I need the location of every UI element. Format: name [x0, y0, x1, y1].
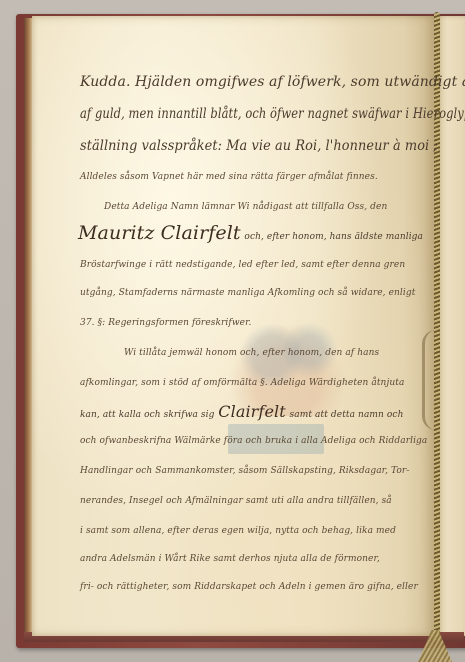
name-line: kan, att kalla och skrifwa sig Clairfelt… — [80, 402, 403, 421]
text-line: Kudda. Hjälden omgifwes af löfwerk, som … — [80, 74, 465, 90]
text-fragment: kan, att kalla och skrifwa sig — [80, 410, 215, 420]
text-line: Alldeles såsom Vapnet här med sina rätta… — [80, 172, 378, 182]
text-line: af guld, men innantill blått, och öfwer … — [80, 106, 465, 122]
name-line: Mauritz Clairfelt och, efter honom, hans… — [78, 222, 423, 244]
text-line: Detta Adeliga Namn lämnar Wi nådigast at… — [104, 202, 387, 212]
text-line: Handlingar och Sammankomster, såsom Säll… — [80, 466, 409, 476]
text-line: i samt som allena, efter deras egen wilj… — [80, 526, 396, 536]
subject-surname: Clairfelt — [218, 402, 286, 421]
cord-loop — [422, 330, 445, 430]
motto-line: ställning valsspråket: Ma vie au Roi, l'… — [80, 138, 438, 154]
subject-name: Mauritz Clairfelt — [78, 222, 241, 244]
text-line: nerandes, Insegel och Afmälningar samt u… — [80, 496, 392, 506]
text-line: afkomlingar, som i stöd af omförmälta §.… — [80, 378, 404, 388]
text-line: utgång, Stamfaderns närmaste manliga Afk… — [80, 288, 415, 298]
text-line: Bröstarfwinge i rätt nedstigande, led ef… — [80, 260, 405, 270]
text-line: Wi tillåta jemwäl honom och, efter honom… — [124, 348, 379, 358]
text-fragment: samt att detta namn och — [290, 410, 404, 420]
text-line: och ofwanbeskrifna Wälmärke föra och bru… — [80, 436, 427, 446]
text-fragment: och, efter honom, hans äldste manliga — [244, 232, 423, 242]
text-line: fri- och rättigheter, som Riddarskapet o… — [80, 582, 418, 592]
text-line: 37. §: Regeringsformen föreskrifwer. — [80, 318, 251, 328]
text-line: andra Adelsmän i Wårt Rike samt derhos n… — [80, 554, 380, 564]
